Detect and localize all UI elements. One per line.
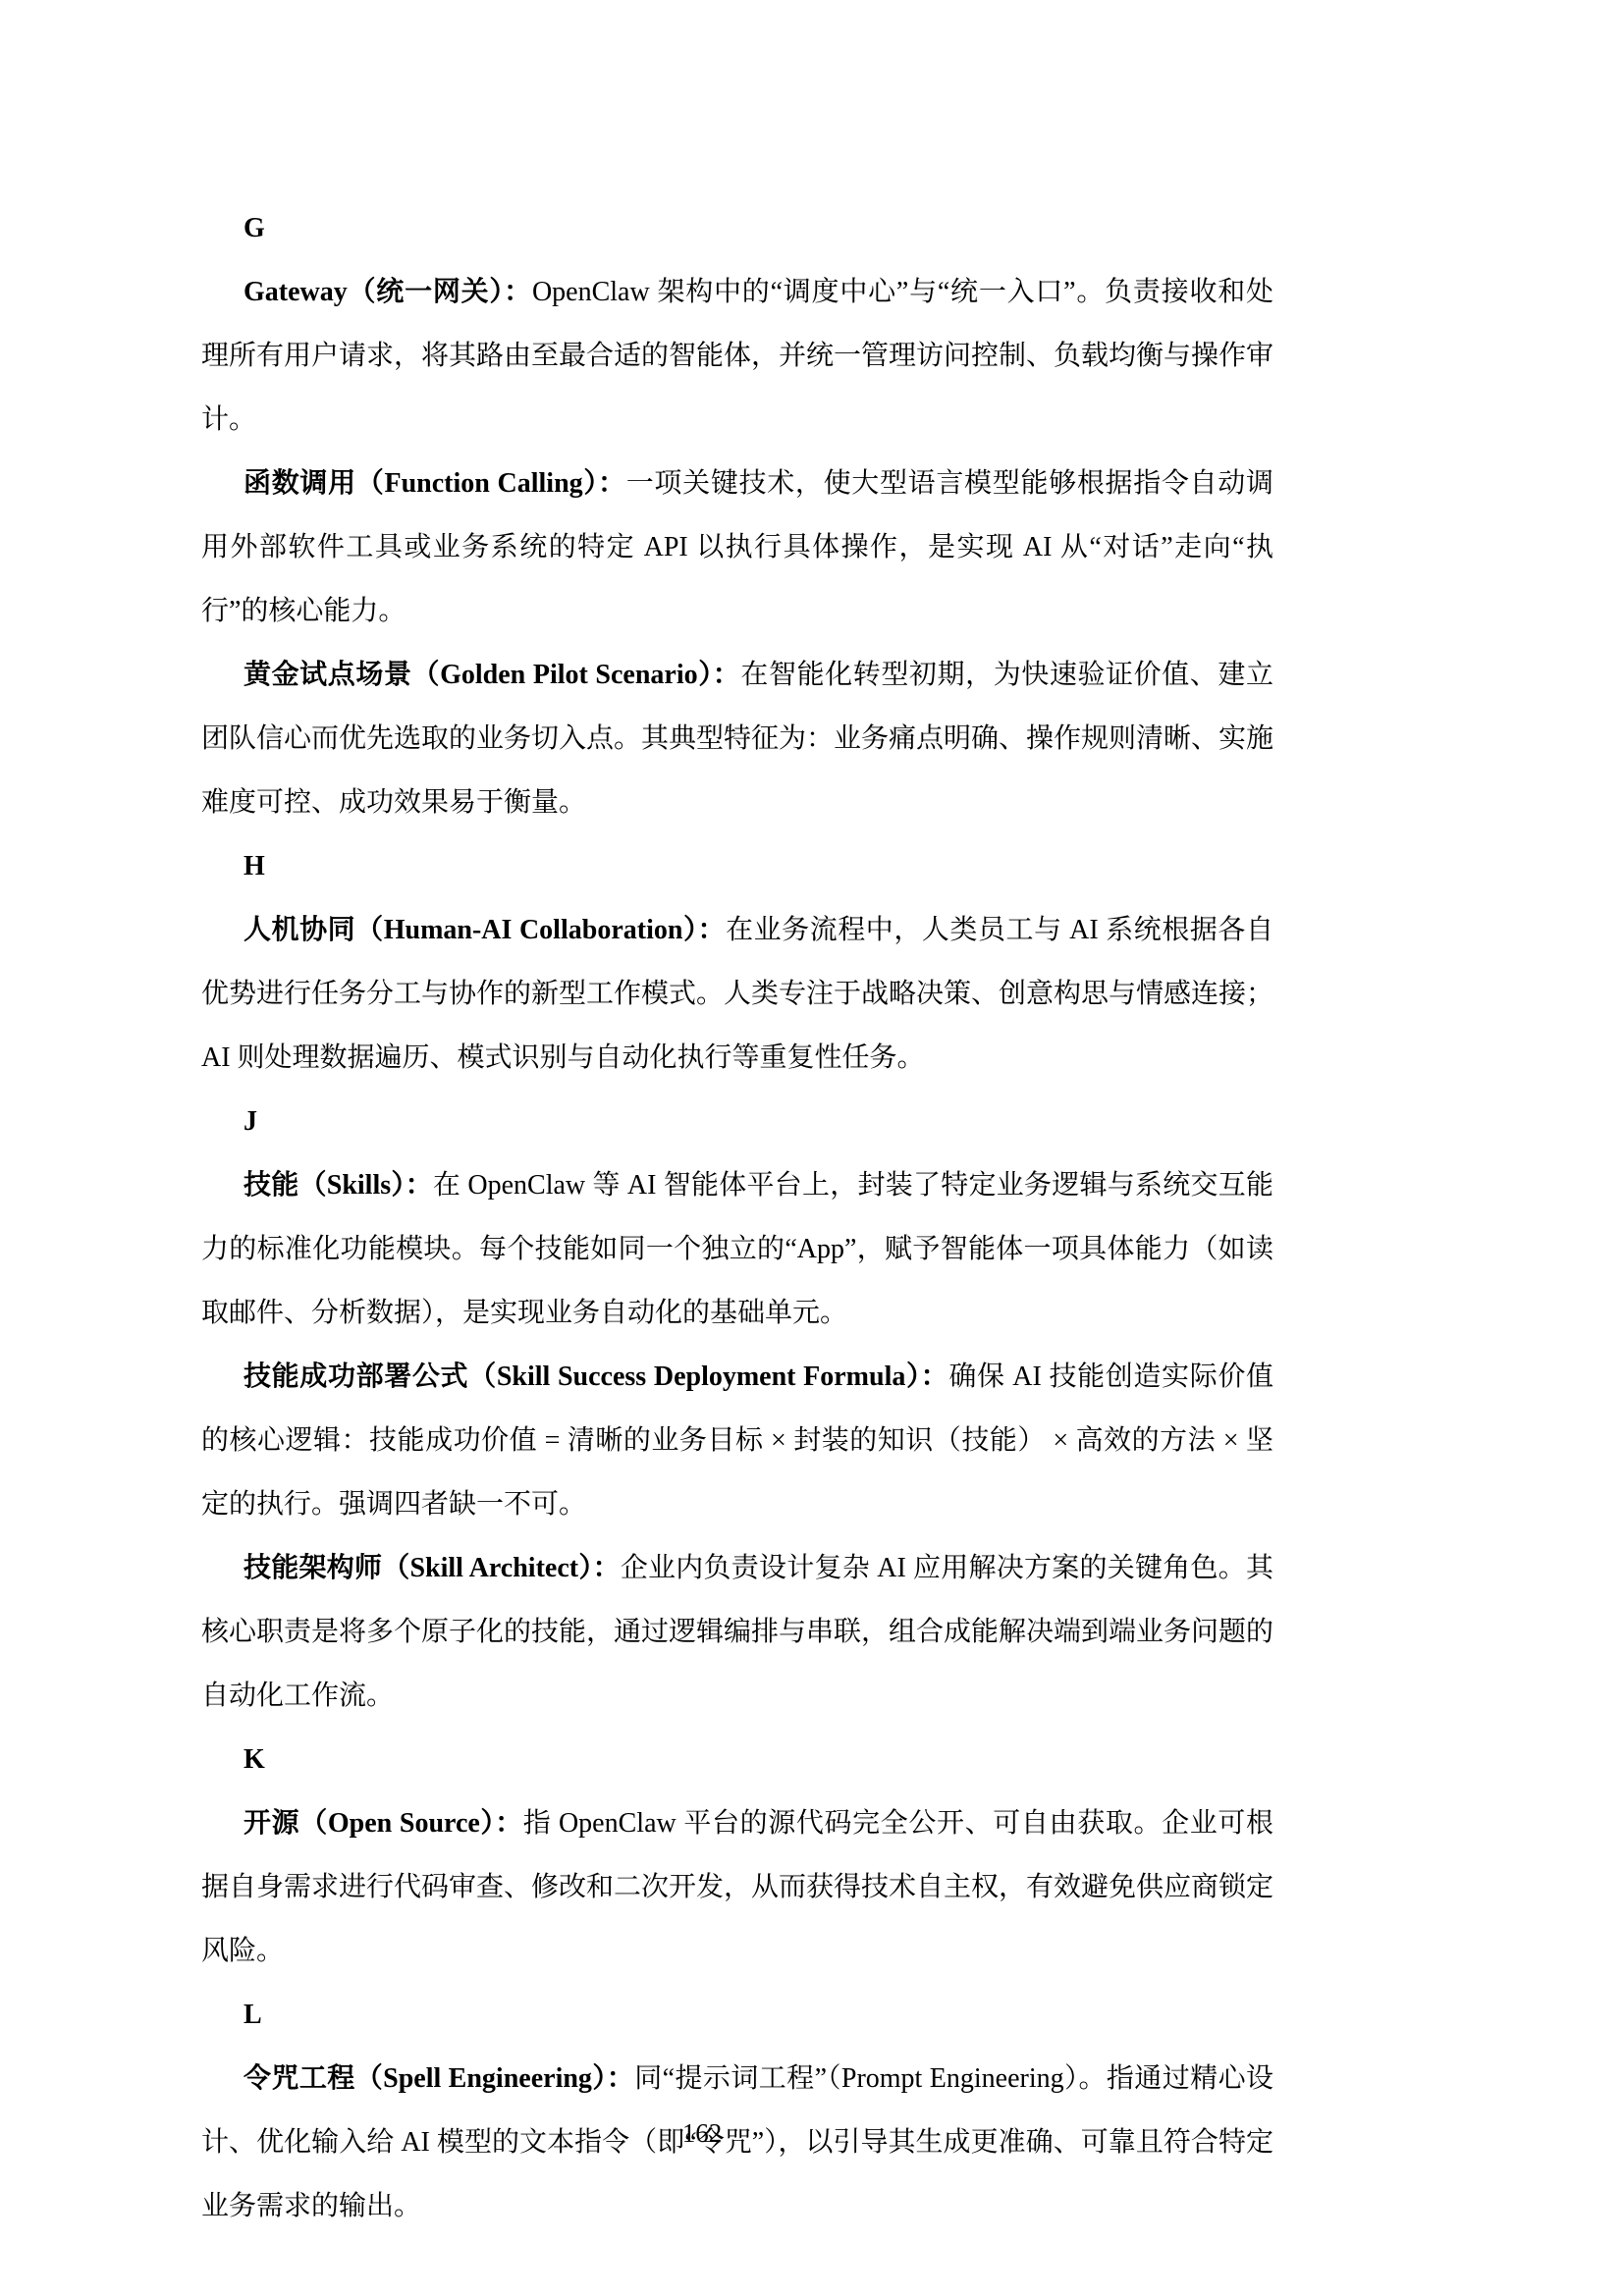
entry-term: 函数调用（Function Calling）： <box>244 468 626 499</box>
glossary-entry: 黄金试点场景（Golden Pilot Scenario）：在智能化转型初期，为… <box>201 643 1273 834</box>
section-letter: G <box>201 196 1273 260</box>
entry-term: 人机协同（Human-AI Collaboration）： <box>244 915 726 945</box>
section-letter: K <box>201 1728 1273 1791</box>
section-letter: L <box>201 1983 1273 2047</box>
entry-term: 开源（Open Source）： <box>244 1808 523 1839</box>
page-number: 162 <box>201 2104 1203 2163</box>
entry-term: 技能架构师（Skill Architect）： <box>244 1553 621 1583</box>
entry-term: 技能（Skills）： <box>244 1170 433 1201</box>
entry-term: 令咒工程（Spell Engineering）： <box>244 2063 634 2094</box>
glossary-entry: Gateway（统一网关）：OpenClaw 架构中的“调度中心”与“统一入口”… <box>201 260 1273 452</box>
glossary-entry: 技能（Skills）：在 OpenClaw 等 AI 智能体平台上，封装了特定业… <box>201 1153 1273 1345</box>
document-body: GGateway（统一网关）：OpenClaw 架构中的“调度中心”与“统一入口… <box>201 196 1273 2238</box>
glossary-entry: 技能架构师（Skill Architect）：企业内负责设计复杂 AI 应用解决… <box>201 1536 1273 1728</box>
section-letter: J <box>201 1090 1273 1153</box>
glossary-entry: 技能成功部署公式（Skill Success Deployment Formul… <box>201 1345 1273 1536</box>
glossary-entry: 人机协同（Human-AI Collaboration）：在业务流程中，人类员工… <box>201 898 1273 1090</box>
glossary-entry: 开源（Open Source）：指 OpenClaw 平台的源代码完全公开、可自… <box>201 1791 1273 1983</box>
entry-term: 黄金试点场景（Golden Pilot Scenario）： <box>244 660 740 690</box>
section-letter: H <box>201 834 1273 898</box>
document-page: GGateway（统一网关）：OpenClaw 架构中的“调度中心”与“统一入口… <box>0 0 1624 2296</box>
glossary-entry: 函数调用（Function Calling）：一项关键技术，使大型语言模型能够根… <box>201 452 1273 643</box>
entry-term: Gateway（统一网关）： <box>244 277 532 307</box>
entry-term: 技能成功部署公式（Skill Success Deployment Formul… <box>244 1362 948 1392</box>
